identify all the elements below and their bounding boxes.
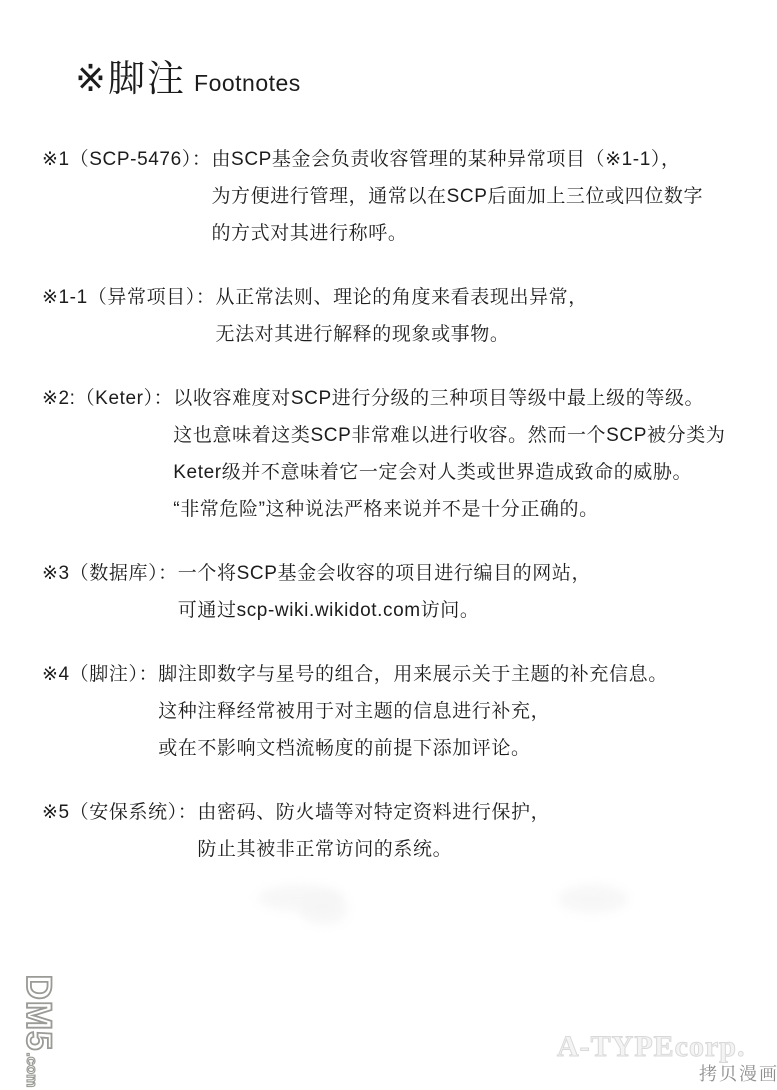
footnote-entry: ※3（数据库）： 一个将SCP基金会收容的项目进行编目的网站，可通过scp-wi… (42, 555, 757, 629)
footnote-line: 无法对其进行解释的现象或事物。 (215, 316, 587, 353)
footnote-line: 防止其被非正常访问的系统。 (197, 831, 550, 868)
page-title-en: Footnotes (194, 70, 301, 97)
footnote-line: 由SCP基金会负责收容管理的某种异常项目（※1-1）， (211, 141, 703, 178)
footnotes-list: ※1（SCP-5476）： 由SCP基金会负责收容管理的某种异常项目（※1-1）… (42, 141, 757, 895)
footnote-label: ※2:（Keter）： (42, 380, 173, 417)
footnote-line: “非常危险”这种说法严格来说并不是十分正确的。 (173, 491, 725, 528)
footnote-line: 或在不影响文档流畅度的前提下添加评论。 (158, 730, 668, 767)
footnote-lines: 以收容难度对SCP进行分级的三种项目等级中最上级的等级。这也意味着这类SCP非常… (173, 380, 725, 528)
footnote-entry: ※4（脚注）： 脚注即数字与星号的组合，用来展示关于主题的补充信息。这种注释经常… (42, 656, 757, 767)
footnote-line: 这也意味着这类SCP非常难以进行收容。然而一个SCP被分类为 (173, 417, 725, 454)
footnote-lines: 一个将SCP基金会收容的项目进行编目的网站，可通过scp-wiki.wikido… (178, 555, 591, 629)
atype-corp-watermark: A-TYPEcorp. (557, 1030, 745, 1064)
footnote-label: ※3（数据库）： (42, 555, 178, 592)
footnote-entry: ※1（SCP-5476）： 由SCP基金会负责收容管理的某种异常项目（※1-1）… (42, 141, 757, 252)
footnote-line: 由密码、防火墙等对特定资料进行保护， (197, 794, 550, 831)
footnote-line: 从正常法则、理论的角度来看表现出异常， (215, 279, 587, 316)
page-title-cjk: ※脚注 (75, 48, 186, 102)
footnote-entry: ※1-1（异常项目）： 从正常法则、理论的角度来看表现出异常，无法对其进行解释的… (42, 279, 757, 353)
footnote-lines: 从正常法则、理论的角度来看表现出异常，无法对其进行解释的现象或事物。 (215, 279, 587, 353)
footnote-line: 以收容难度对SCP进行分级的三种项目等级中最上级的等级。 (173, 380, 725, 417)
footnote-line: 这种注释经常被用于对主题的信息进行补充， (158, 693, 668, 730)
kaobei-manhua-watermark: 拷贝漫画 (699, 1060, 777, 1086)
footnote-lines: 脚注即数字与星号的组合，用来展示关于主题的补充信息。这种注释经常被用于对主题的信… (158, 656, 668, 767)
footnote-lines: 由SCP基金会负责收容管理的某种异常项目（※1-1），为方便进行管理，通常以在S… (211, 141, 703, 252)
dm5-watermark-text: DM5 (18, 975, 58, 1052)
footnote-line: 为方便进行管理，通常以在SCP后面加上三位或四位数字 (211, 178, 703, 215)
footnote-label: ※1-1（异常项目）： (42, 279, 215, 316)
footnote-entry: ※2:（Keter）： 以收容难度对SCP进行分级的三种项目等级中最上级的等级。… (42, 380, 757, 528)
footnote-label: ※4（脚注）： (42, 656, 158, 693)
footnote-line: 可通过scp-wiki.wikidot.com访问。 (178, 592, 591, 629)
footnote-line: 的方式对其进行称呼。 (211, 215, 703, 252)
footnote-lines: 由密码、防火墙等对特定资料进行保护，防止其被非正常访问的系统。 (197, 794, 550, 868)
dm5-watermark-suffix: .com (23, 1052, 40, 1087)
dm5-watermark-logo: DM5 .com (8, 976, 58, 1086)
footnote-entry: ※5（安保系统）： 由密码、防火墙等对特定资料进行保护，防止其被非正常访问的系统… (42, 794, 757, 868)
footnote-line: 一个将SCP基金会收容的项目进行编目的网站， (178, 555, 591, 592)
footnote-line: Keter级并不意味着它一定会对人类或世界造成致命的威胁。 (173, 454, 725, 491)
faded-smudge (300, 893, 348, 925)
footnote-line: 脚注即数字与星号的组合，用来展示关于主题的补充信息。 (158, 656, 668, 693)
faded-smudge (558, 885, 628, 913)
dm5-watermark-inner: DM5 .com (8, 976, 58, 1086)
page-title: ※脚注 Footnotes (75, 48, 301, 102)
footnote-label: ※5（安保系统）： (42, 794, 197, 831)
footnote-label: ※1（SCP-5476）： (42, 141, 211, 178)
